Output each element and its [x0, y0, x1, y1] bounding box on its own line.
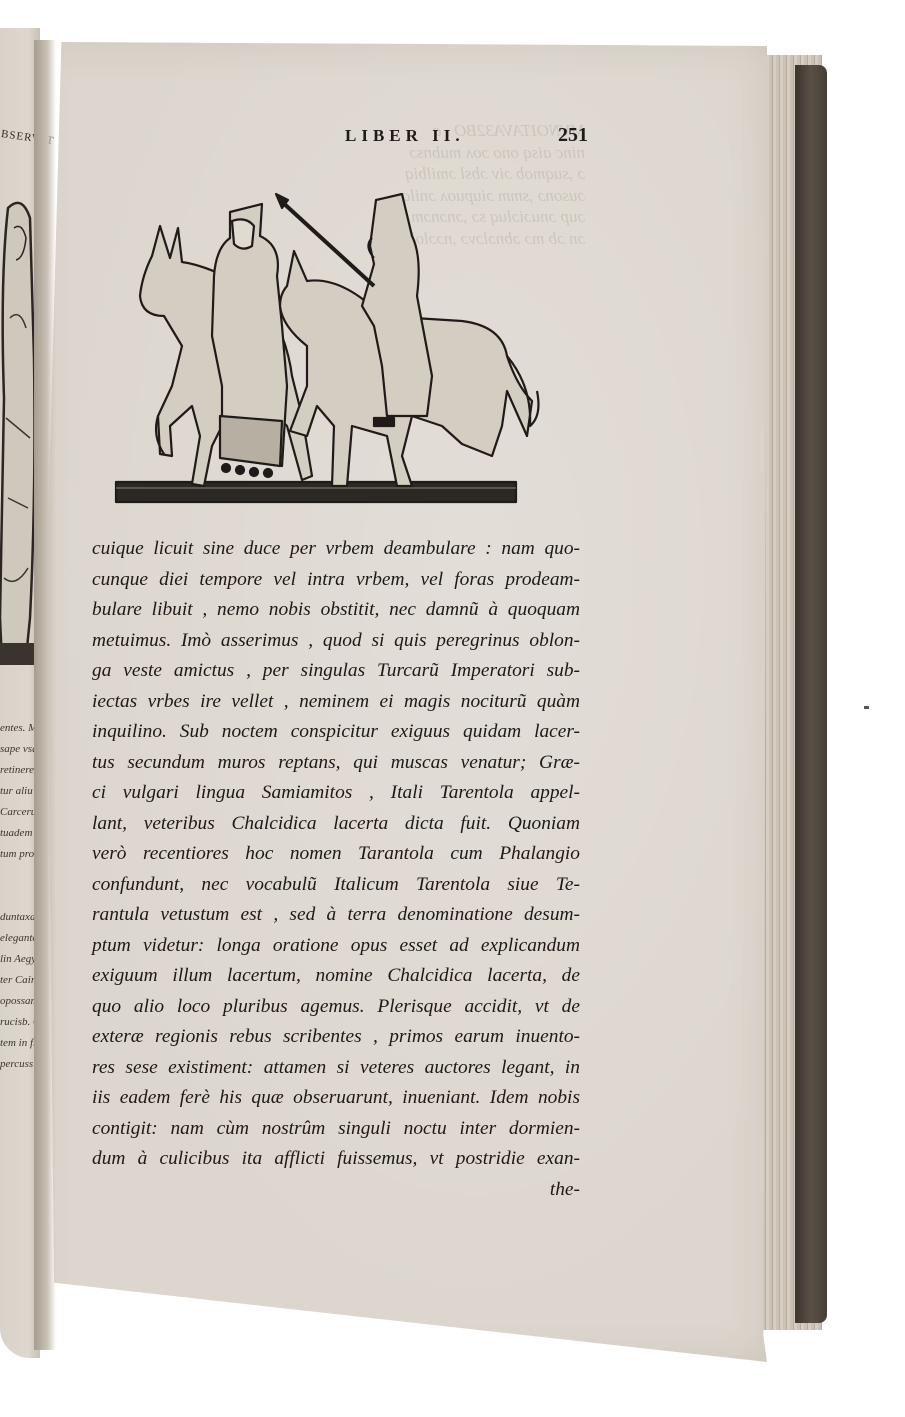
left-woodcut-figure-icon	[0, 198, 38, 668]
text-line: metuimus. Imò asserimus , quod si quis p…	[92, 626, 580, 657]
text-line: confundunt, nec vocabulũ Italicum Tarent…	[92, 870, 580, 901]
woodcut-two-riders-icon	[112, 186, 552, 516]
text-line: iectas vrbes ire vellet , neminem ei mag…	[92, 687, 580, 718]
text-line: res sese existiment: attamen si veteres …	[92, 1053, 580, 1084]
text-line: exiguum illum lacertum, nomine Chalcidic…	[92, 961, 580, 992]
text-line: ptum videtur: longa oratione opus esset …	[92, 931, 580, 962]
running-head-title: LIBER II.	[345, 126, 465, 146]
text-line: verò recentiores hoc nomen Tarantola cum…	[92, 839, 580, 870]
book-photo: BSERVAT entes. Mus sape vsq; retinere fu…	[0, 0, 905, 1417]
text-line: bulare libuit , nemo nobis obstitit, nec…	[92, 595, 580, 626]
text-line: inquilino. Sub noctem conspicitur exiguu…	[92, 717, 580, 748]
catchword: the-	[92, 1175, 580, 1206]
text-line: cunque diei tempore vel intra vrbem, vel…	[92, 565, 580, 596]
book-cover-edge	[795, 65, 827, 1323]
text-line: cuique licuit sine duce per vrbem deambu…	[92, 534, 580, 565]
page-number: 251	[558, 124, 588, 147]
running-head: LIBER II. 251	[118, 126, 588, 150]
text-line: exteræ regionis rebus scribentes , primo…	[92, 1022, 580, 1053]
showthrough-line: ɔ ,suqmob ɔiv ɔbsl ɔmilbiq	[95, 163, 585, 185]
text-line: quo alio loco pluribus agemus. Plerisque…	[92, 992, 580, 1023]
body-text: cuique licuit sine duce per vrbem deambu…	[92, 534, 580, 1205]
text-line: ci vulgari lingua Samiamitos , Itali Tar…	[92, 778, 580, 809]
text-line: rantula vetustum est , sed à terra denom…	[92, 900, 580, 931]
text-line: dum à culicibus ita afflicti fuissemus, …	[92, 1144, 580, 1175]
text-line: tus secundum muros reptans, qui muscas v…	[92, 748, 580, 779]
text-line: lant, veteribus Chalcidica lacerta dicta…	[92, 809, 580, 840]
stray-mark	[864, 706, 869, 709]
gutter-shadow	[34, 40, 56, 1350]
text-line: ga veste amictus , per singulas Turcarũ …	[92, 656, 580, 687]
text-line: iis eadem ferè his quæ obseruarunt, inue…	[92, 1083, 580, 1114]
text-line: contigit: nam cùm nostrûm singuli noctu …	[92, 1114, 580, 1145]
